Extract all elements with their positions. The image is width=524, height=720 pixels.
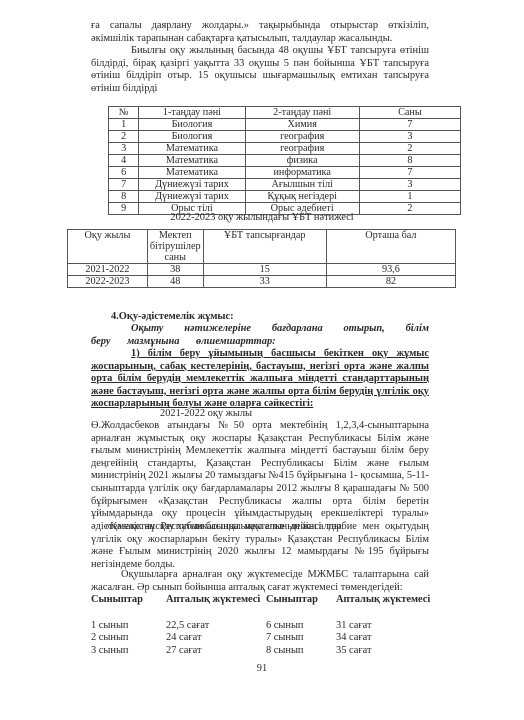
table-cell: Ағылшын тілі bbox=[245, 179, 359, 191]
table-cell: Математика bbox=[139, 155, 245, 167]
workload-cell: Сыныптар bbox=[91, 594, 166, 607]
section-heading: 4.Оқу-әдістемелік жұмыс: bbox=[111, 311, 449, 324]
workload-row: 3 сынып27 сағат8 сынып35 сағат bbox=[91, 645, 471, 658]
workload-cell: 8 сынып bbox=[266, 645, 336, 658]
workload-cell: 6 сынып bbox=[266, 620, 336, 633]
table-cell: 15 bbox=[203, 264, 326, 276]
table-row: 4Математикафизика8 bbox=[109, 155, 461, 167]
year-label: 2021-2022 оқу жылы bbox=[160, 408, 360, 421]
table-cell: Мектеп бітірушілер саны bbox=[147, 230, 203, 264]
table-cell: 2021-2022 bbox=[68, 264, 148, 276]
table-cell: география bbox=[245, 143, 359, 155]
results-table: Оқу жылыМектеп бітірушілер саныҰБТ тапсы… bbox=[67, 229, 456, 288]
workload-cell: 3 сынып bbox=[91, 645, 166, 658]
table-cell: 2 bbox=[109, 131, 139, 143]
table-cell: 1 bbox=[109, 119, 139, 131]
table-cell: 4 bbox=[109, 155, 139, 167]
table-cell: 33 bbox=[203, 276, 326, 288]
table-cell: 8 bbox=[109, 191, 139, 203]
paragraph-decree: «Қазақстан Республикасында мектепке дейі… bbox=[91, 521, 429, 571]
table-cell: 82 bbox=[326, 276, 455, 288]
table-cell: 3 bbox=[359, 179, 460, 191]
table-cell: 48 bbox=[147, 276, 203, 288]
workload-cell: 24 сағат bbox=[166, 632, 266, 645]
paragraph-curriculum: Ө.Жолдасбеков атындағы №50 орта мектебін… bbox=[91, 420, 429, 533]
table-cell: физика bbox=[245, 155, 359, 167]
subjects-table: №1-таңдау пәні2-таңдау пәніСаны1Биология… bbox=[108, 106, 461, 215]
workload-cell: 1 сынып bbox=[91, 620, 166, 633]
table-row: 6Математикаинформатика7 bbox=[109, 167, 461, 179]
workload-cell: 22,5 сағат bbox=[166, 620, 266, 633]
workload-cell: Апталық жүктемесі bbox=[336, 594, 466, 607]
table-cell: Дүниежүзі тарих bbox=[139, 179, 245, 191]
table-cell: 7 bbox=[109, 179, 139, 191]
table-cell: Құқық негіздері bbox=[245, 191, 359, 203]
table-row: 8Дүниежүзі тарихҚұқық негіздері1 bbox=[109, 191, 461, 203]
table-cell: Математика bbox=[139, 167, 245, 179]
page-number: 91 bbox=[0, 663, 524, 676]
table-cell: 3 bbox=[359, 131, 460, 143]
table-cell: 6 bbox=[109, 167, 139, 179]
table-cell: Биология bbox=[139, 131, 245, 143]
table-cell: география bbox=[245, 131, 359, 143]
table-cell: 2-таңдау пәні bbox=[245, 107, 359, 119]
criteria-item-1: 1) білім беру ұйымының басшысы бекіткен … bbox=[91, 348, 429, 411]
criteria-heading: Оқыту нәтижелеріне бағдарлана отырып, бі… bbox=[91, 323, 429, 348]
table-row: 2022-2023483382 bbox=[68, 276, 456, 288]
table-cell: Оқу жылы bbox=[68, 230, 148, 264]
table-cell: 3 bbox=[109, 143, 139, 155]
workload-cell: 35 сағат bbox=[336, 645, 466, 658]
table-row: 1БиологияХимия7 bbox=[109, 119, 461, 131]
table-row: 3Математикагеография2 bbox=[109, 143, 461, 155]
table-header-row: Оқу жылыМектеп бітірушілер саныҰБТ тапсы… bbox=[68, 230, 456, 264]
table-cell: 38 bbox=[147, 264, 203, 276]
table-cell: Математика bbox=[139, 143, 245, 155]
table-row: 7Дүниежүзі тарихАғылшын тілі3 bbox=[109, 179, 461, 191]
table-row: 2021-2022381593,6 bbox=[68, 264, 456, 276]
workload-list: СыныптарАпталық жүктемесіСыныптарАпталық… bbox=[91, 594, 471, 657]
table-cell: 2 bbox=[359, 143, 460, 155]
intro-paragraph: Биылғы оқу жылының басында 48 оқушы ҰБТ … bbox=[91, 45, 429, 95]
table-cell: 2022-2023 bbox=[68, 276, 148, 288]
workload-cell: 34 сағат bbox=[336, 632, 466, 645]
table-cell: 8 bbox=[359, 155, 460, 167]
workload-cell: Апталық жүктемесі bbox=[166, 594, 266, 607]
document-page: ға сапалы даярлану жолдары.» тақырыбында… bbox=[0, 0, 524, 720]
table-cell: 93,6 bbox=[326, 264, 455, 276]
workload-cell: 31 сағат bbox=[336, 620, 466, 633]
table-cell: 1 bbox=[359, 191, 460, 203]
table-cell: Саны bbox=[359, 107, 460, 119]
table-cell: № bbox=[109, 107, 139, 119]
paragraph-workload: Оқушыларға арналған оқу жүктемесіде МЖМБ… bbox=[91, 569, 429, 594]
table-cell: Дүниежүзі тарих bbox=[139, 191, 245, 203]
table-header-row: №1-таңдау пәні2-таңдау пәніСаны bbox=[109, 107, 461, 119]
table-cell: Орташа бал bbox=[326, 230, 455, 264]
table-cell: информатика bbox=[245, 167, 359, 179]
table-cell: ҰБТ тапсырғандар bbox=[203, 230, 326, 264]
table-row: 2Биологиягеография3 bbox=[109, 131, 461, 143]
table-cell: Биология bbox=[139, 119, 245, 131]
intro-line: ға сапалы даярлану жолдары.» тақырыбында… bbox=[91, 20, 429, 45]
table-cell: 7 bbox=[359, 167, 460, 179]
workload-cell: 2 сынып bbox=[91, 632, 166, 645]
table-cell: 1-таңдау пәні bbox=[139, 107, 245, 119]
table-cell: 7 bbox=[359, 119, 460, 131]
workload-row: 2 сынып24 сағат7 сынып34 сағат bbox=[91, 632, 471, 645]
table-cell: Химия bbox=[245, 119, 359, 131]
workload-cell: 27 сағат bbox=[166, 645, 266, 658]
workload-cell: Сыныптар bbox=[266, 594, 336, 607]
workload-cell: 7 сынып bbox=[266, 632, 336, 645]
workload-row: 1 сынып22,5 сағат6 сынып31 сағат bbox=[91, 620, 471, 633]
workload-header: СыныптарАпталық жүктемесіСыныптарАпталық… bbox=[91, 594, 471, 607]
results-caption: 2022-2023 оқу жылындағы ҰБТ нәтижесі bbox=[0, 212, 524, 225]
